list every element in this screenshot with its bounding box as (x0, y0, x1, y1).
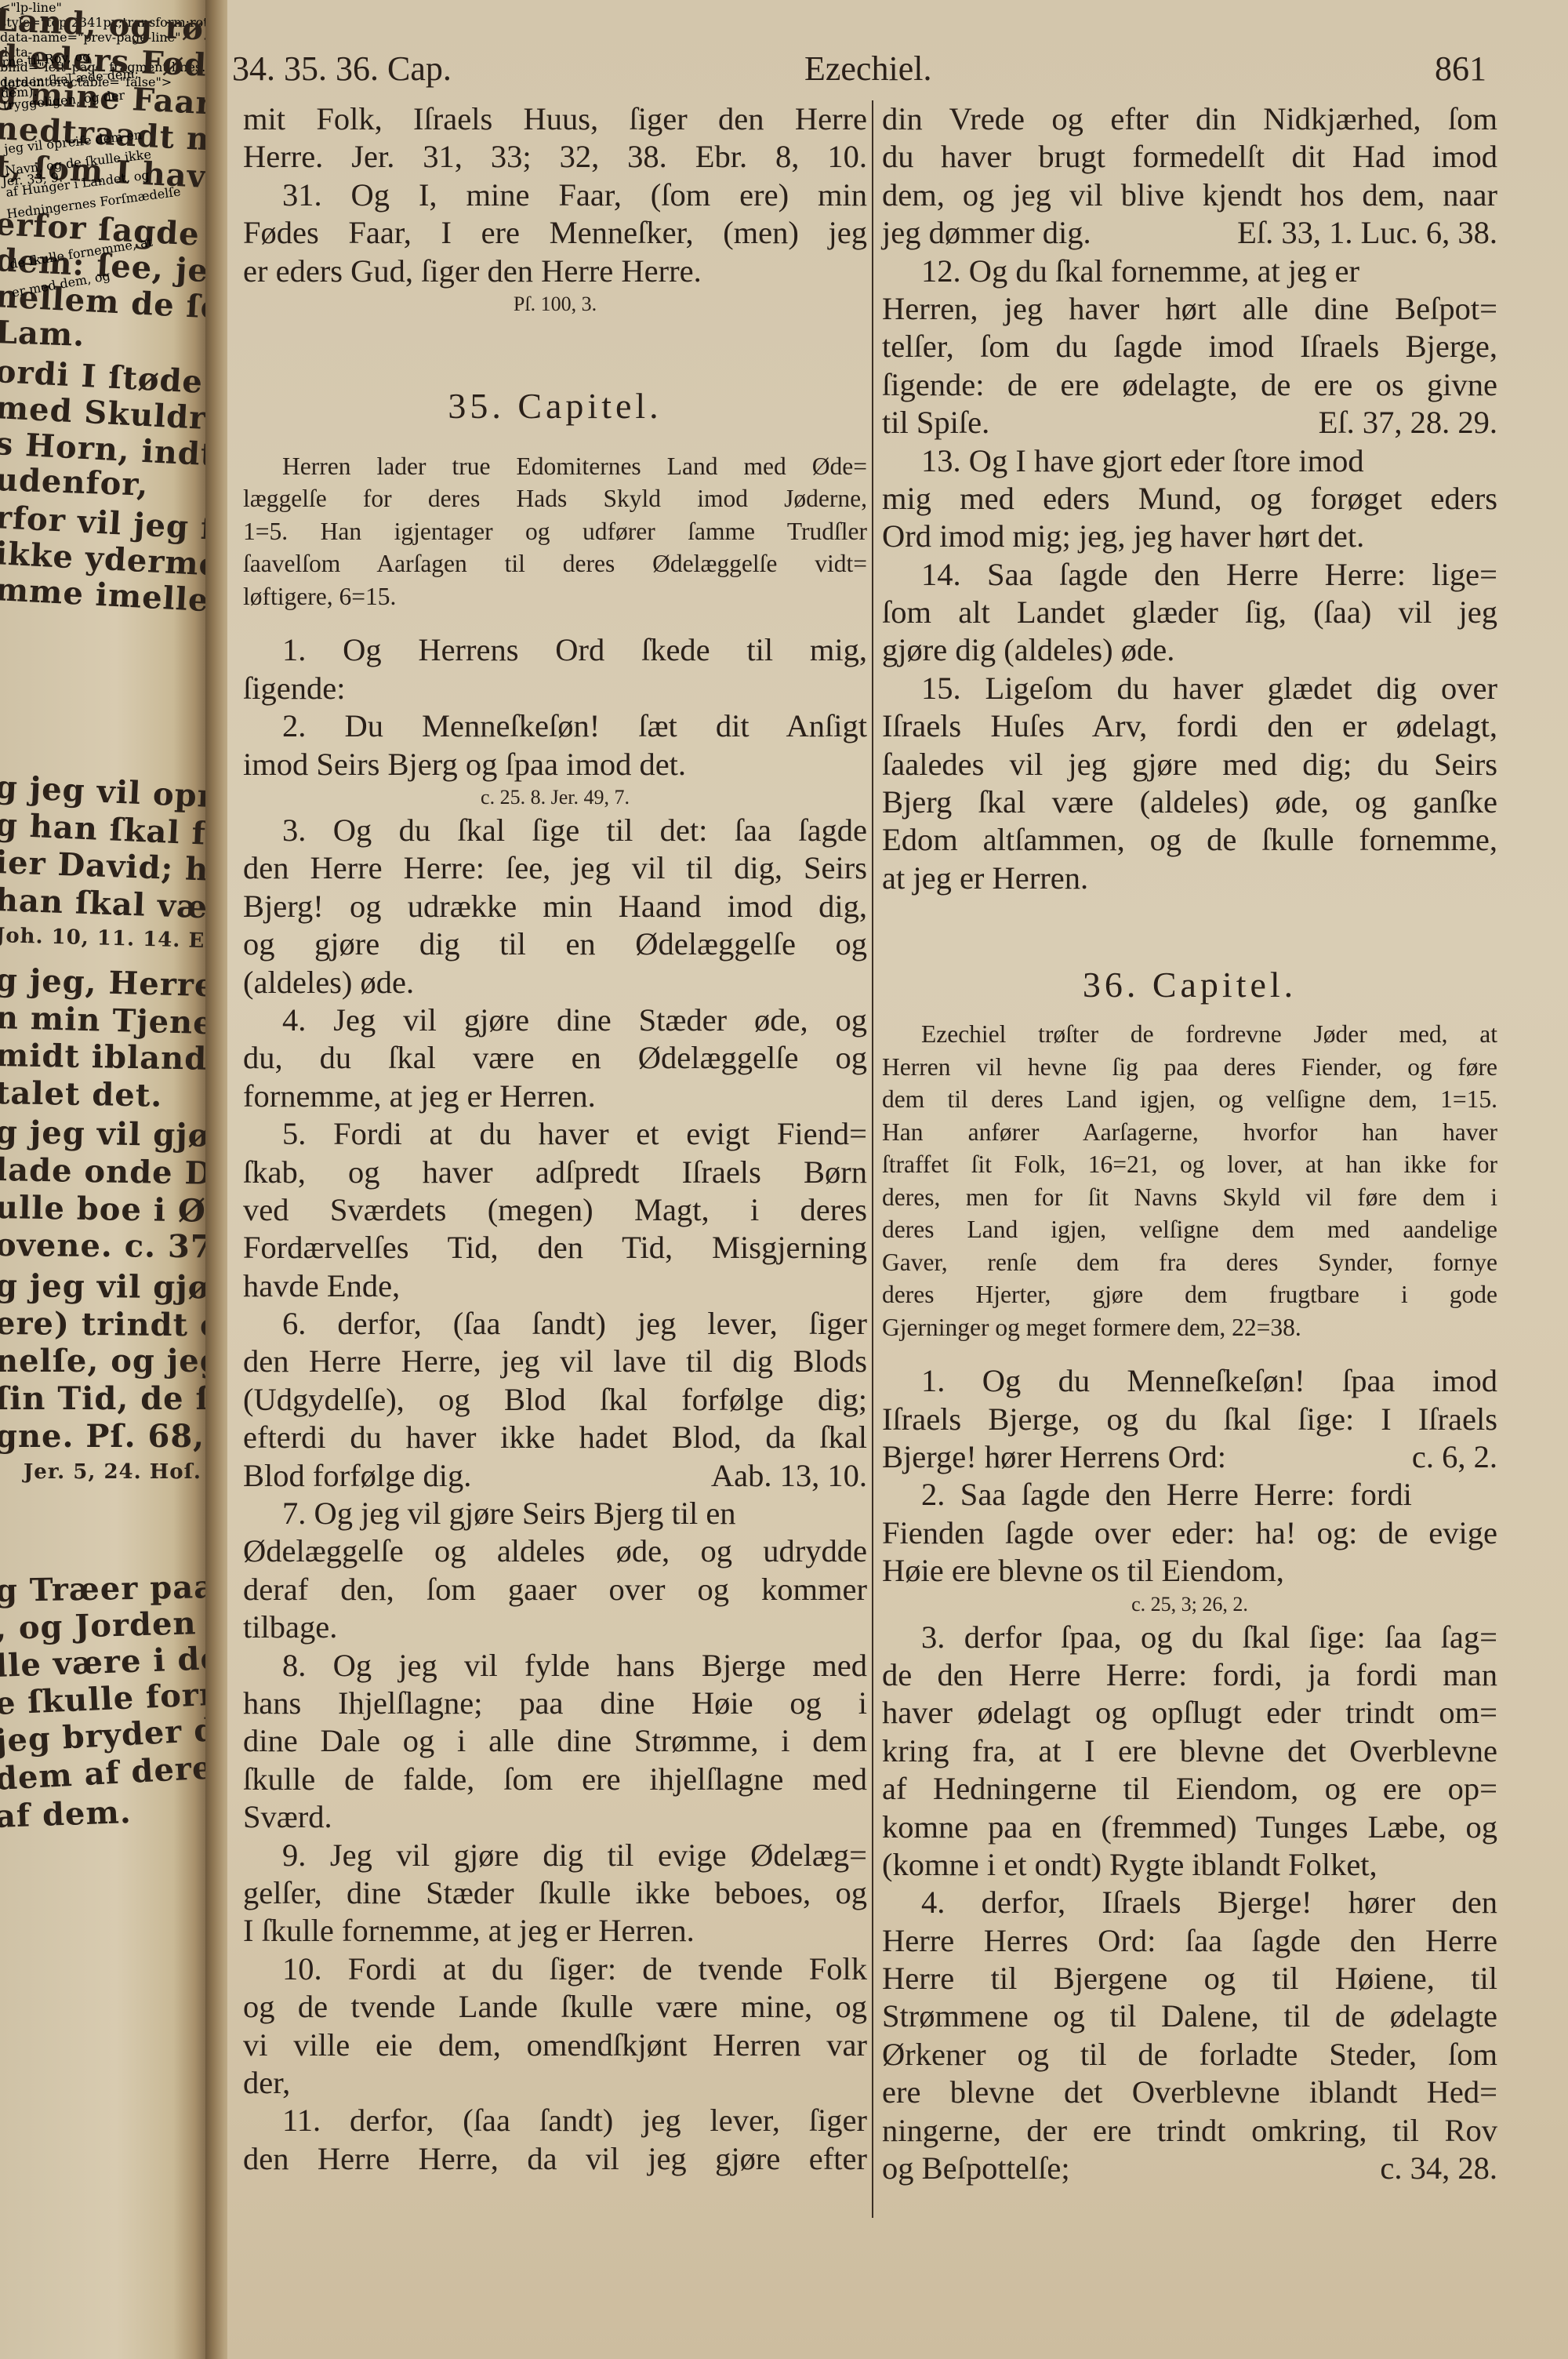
verse-line: Fødes Faar, I ere Menneſker, (men) jeg (243, 214, 867, 252)
verse-4: 4. derfor, Iſraels Bjerge! hører den (882, 1884, 1497, 1921)
verse-line: den Herre Herre, da vil jeg gjøre efter (243, 2140, 867, 2178)
verse-line: er eders Gud, ſiger den Herre Herre. (243, 253, 867, 290)
summary-line: deres Hjerter, gjøre dem frugtbare i god… (882, 1278, 1497, 1311)
chapter-36-heading: 36. Capitel. (882, 960, 1497, 1010)
verse-4: 4. Jeg vil gjøre dine Stæder øde, og (243, 1001, 867, 1039)
cross-reference: c. 25, 3; 26, 2. (882, 1590, 1497, 1619)
verse-line: Bjerge! hører Herrens Ord:c. 6, 2. (882, 1438, 1497, 1476)
verse-7: 7. Og jeg vil gjøre Seirs Bjerg til en (243, 1495, 867, 1532)
prev-page-line: ſin Tid, de ſkulle være (0, 1380, 212, 1417)
verse-line: Strømmene og til Dalene, til de ødelagte (882, 1997, 1497, 2035)
verse-line: imod Seirs Bjerg og ſpaa imod det. (243, 746, 867, 783)
chapter-36-summary: Ezechiel trøſter de fordrevne Jøder med,… (882, 1018, 1497, 1343)
verse-line: kring fra, at I ere blevne det Overblevn… (882, 1732, 1497, 1770)
verse-line: og de tvende Lande ſkulle være mine, og (243, 1988, 867, 2026)
previous-page-fragment: Land, og rørt det, d eders Fødder. g min… (0, 0, 212, 2359)
verse-line: ningerne, der ere trindt omkring, til Ro… (882, 2112, 1497, 2150)
verse-line: Herre til Bjergene og til Høiene, til (882, 1960, 1497, 1997)
summary-line: deres Land igjen, velſigne dem med aande… (882, 1213, 1497, 1246)
verse-line: ſigende: de ere ødelagte, de ere os givn… (882, 366, 1497, 404)
verse-line: I ſkulle fornemme, at jeg er Herren. (243, 1912, 867, 1950)
summary-line: Gjerninger og meget formere dem, 22=38. (882, 1311, 1497, 1344)
verse-12: 12. Og du ſkal fornemme, at jeg er (882, 253, 1497, 290)
prev-page-line: g Træer paa Marken (0, 1566, 212, 1609)
prev-page-crossref: Jer. 5, 24. Hoſ. 6, 3. (24, 1460, 212, 1484)
verse-line: fornemme, at jeg er Herren. (243, 1078, 867, 1115)
verse-line: komne paa en (fremmed) Tunges Læbe, og (882, 1808, 1497, 1846)
verse-line: Fordærvelſes Tid, den Tid, Misgjerning (243, 1229, 867, 1267)
verse-line: den Herre Herre, jeg vil lave til dig Bl… (243, 1343, 867, 1380)
page-number: 861 (1435, 49, 1486, 89)
prev-page-line: af dem. (0, 1794, 132, 1835)
verse-text: Bjerge! hører Herrens Ord: (882, 1439, 1226, 1474)
summary-line: deres, men for ſit Navns Skyld vil føre … (882, 1181, 1497, 1214)
verse-line: Sværd. (243, 1798, 867, 1836)
verse-line: Iſraels Bjerge, og du ſkal ſige: I Iſrae… (882, 1401, 1497, 1438)
verse-line: Edom altſammen, og de ſkulle fornemme, (882, 821, 1497, 859)
summary-line: dem til deres Land igjen, og velſigne de… (882, 1083, 1497, 1116)
verse-line: dine Dale og i alle dine Strømme, i dem (243, 1722, 867, 1760)
verse-6: 6. derfor, (ſaa ſandt) jeg lever, ſiger (243, 1305, 867, 1343)
verse-line: Iſraels Huſes Arv, fordi den er ødelagt, (882, 707, 1497, 745)
summary-line: Herren vil hevne ſig paa deres Fiender, … (882, 1051, 1497, 1084)
verse-line: ved Sværdets (megen) Magt, i deres (243, 1191, 867, 1229)
page-861: 34. 35. 36. Cap. Ezechiel. 861 mit Folk,… (227, 0, 1568, 2359)
verse-line: (Udgydelſe), og Blod ſkal forfølge dig; (243, 1381, 867, 1419)
verse-2: 2. Du Menneſkeſøn! ſæt dit Anſigt (243, 707, 867, 745)
verse-line: der, (243, 2064, 867, 2102)
verse-line: ſigende: (243, 670, 867, 707)
verse-line: mit Folk, Iſraels Huus, ſiger den Herre (243, 100, 867, 138)
verse-line: efterdi du haver ikke hadet Blod, da ſka… (243, 1419, 867, 1456)
verse-13: 13. Og I have gjort eder ſtore imod (882, 442, 1497, 480)
prev-page-crossref: Joh. 10, 11. 14. Ezech. 37, 24. (0, 924, 212, 957)
prev-page-line: ovene. c. 37, 26. (0, 1227, 212, 1266)
verse-line: og gjøre dig til en Ødelæggelſe og (243, 925, 867, 963)
chapter-range: 34. 35. 36. Cap. (232, 49, 452, 89)
verse-line: Herren, jeg haver hørt alle dine Beſpot= (882, 290, 1497, 328)
verse-text: Blod forfølge dig. (243, 1458, 471, 1493)
summary-line: Herren lader true Edomiternes Land med Ø… (243, 450, 867, 483)
summary-line: læggelſe for deres Hads Skyld imod Jøder… (243, 482, 867, 515)
summary-line: Gaver, renſe dem fra deres Synder, forny… (882, 1246, 1497, 1279)
verse-line: Bjerg! og udrække min Haand imod dig, (243, 888, 867, 925)
summary-line: løftigere, 6=15. (243, 580, 867, 613)
verse-11: 11. derfor, (ſaa ſandt) jeg lever, ſiger (243, 2102, 867, 2139)
verse-line: hans Ihjelſlagne; paa dine Høie og i (243, 1685, 867, 1722)
verse-line: og Beſpottelſe;c. 34, 28. (882, 2150, 1497, 2187)
verse-31: 31. Og I, mine Faar, (ſom ere) min (243, 176, 867, 214)
cross-reference: c. 6, 2. (1412, 1438, 1497, 1476)
verse-line: (komne i et ondt) Rygte iblandt Folket, (882, 1846, 1497, 1884)
verse-line: du haver brugt formedelſt dit Had imod (882, 138, 1497, 176)
verse-line: din Vrede og efter din Nidkjærhed, ſom (882, 100, 1497, 138)
prev-page-line: gne. Pſ. 68, 10. (0, 1418, 212, 1455)
prev-page-line: midt iblandt dem; jeg (0, 1037, 212, 1081)
running-head: 34. 35. 36. Cap. Ezechiel. 861 (232, 49, 1486, 96)
verse-line: haver ødelagt og opſlugt eder trindt om= (882, 1694, 1497, 1732)
summary-line: 1=5. Han igjentager og udfører ſamme Tru… (243, 515, 867, 548)
prev-page-line: nelſe, og jeg vil lade (0, 1343, 212, 1379)
verse-line: at jeg er Herren. (882, 860, 1497, 897)
cross-reference: Pſ. 100, 3. (243, 290, 867, 318)
column-rule (872, 100, 873, 2218)
verse-line: (aldeles) øde. (243, 964, 867, 1001)
summary-line: Han anfører Aarſagerne, hvorfor han have… (882, 1116, 1497, 1149)
verse-line: ſkulle de falde, ſom ere ihjelſlagne med (243, 1761, 867, 1798)
verse-line: ſkab, og haver adſpredt Iſraels Børn (243, 1154, 867, 1191)
book-title: Ezechiel. (804, 49, 931, 89)
verse-9: 9. Jeg vil gjøre dig til evige Ødelæg= (243, 1837, 867, 1874)
verse-15: 15. Ligeſom du haver glædet dig over (882, 670, 1497, 707)
verse-3: 3. derfor ſpaa, og du ſkal ſige: ſaa ſag… (882, 1619, 1497, 1656)
cross-reference: Eſ. 37, 28. 29. (1319, 404, 1497, 442)
cross-reference: c. 25. 8. Jer. 49, 7. (243, 783, 867, 812)
summary-line: ſaavelſom Aarſagen til deres Ødelæggelſe… (243, 547, 867, 580)
verse-line: deraf den, ſom gaaer over og kommer (243, 1571, 867, 1608)
verse-line: ere blevne det Overblevne iblandt Hed= (882, 2074, 1497, 2111)
verse-line: havde Ende, (243, 1267, 867, 1305)
verse-line: til Spiſe.Eſ. 37, 28. 29. (882, 404, 1497, 442)
verse-line: ſom alt Landet glæder ſig, (ſaa) vil jeg (882, 594, 1497, 631)
verse-line: Høie ere blevne os til Eiendom, (882, 1552, 1497, 1590)
verse-text: til Spiſe. (882, 405, 989, 440)
summary-line: Ezechiel trøſter de fordrevne Jøder med,… (882, 1018, 1497, 1051)
prev-page-line: Lam. (0, 314, 85, 354)
right-column: din Vrede og efter din Nidkjærhed, ſom d… (882, 100, 1497, 2187)
verse-10: 10. Fordi at du ſiger: de tvende Folk (243, 1950, 867, 1988)
left-column: mit Folk, Iſraels Huus, ſiger den Herre … (243, 100, 867, 2178)
verse-line: du, du ſkal være en Ødelæggelſe og (243, 1039, 867, 1077)
verse-line: tilbage. (243, 1608, 867, 1646)
chapter-35-heading: 35. Capitel. (243, 381, 867, 431)
verse-8: 8. Og jeg vil fylde hans Bjerge med (243, 1647, 867, 1685)
verse-line: de den Herre Herre: fordi, ja fordi man (882, 1656, 1497, 1694)
verse-line: Herre. Jer. 31, 33; 32, 38. Ebr. 8, 10. (243, 138, 867, 176)
verse-1: 1. Og du Menneſkeſøn! ſpaa imod (882, 1362, 1497, 1400)
verse-line: Ødelæggelſe og aldeles øde, og udrydde (243, 1532, 867, 1570)
verse-line: gjøre dig (aldeles) øde. (882, 631, 1497, 669)
prev-page-line: udenfor, (0, 461, 149, 503)
verse-5: 5. Fordi at du haver et evigt Fiend= (243, 1115, 867, 1153)
verse-line: Herre Herres Ord: ſaa ſagde den Herre (882, 1922, 1497, 1960)
cross-reference: Eſ. 33, 1. Luc. 6, 38. (1237, 214, 1497, 252)
summary-line: ſtraffet ſit Folk, 16=21, og lover, at h… (882, 1148, 1497, 1181)
verse-line: den Herre Herre: ſee, jeg vil til dig, S… (243, 849, 867, 887)
prev-page-line: ere) trindt omkring min (0, 1305, 212, 1346)
verse-line: mig med eders Mund, og forøget eders (882, 480, 1497, 518)
verse-text: jeg dømmer dig. (882, 215, 1091, 250)
verse-line: Blod forfølge dig.Aab. 13, 10. (243, 1457, 867, 1495)
verse-3: 3. Og du ſkal ſige til det: ſaa ſagde (243, 812, 867, 849)
verse-line: Fienden ſagde over eder: ha! og: de evig… (882, 1514, 1497, 1552)
cross-reference: Aab. 13, 10. (711, 1457, 867, 1495)
verse-line: ſaaledes vil jeg gjøre med dig; du Seirs (882, 746, 1497, 783)
verse-line: dem, og jeg vil blive kjendt hos dem, na… (882, 176, 1497, 214)
verse-line: Ørkener og til de forladte Steder, ſom (882, 2036, 1497, 2074)
verse-2: 2. Saa ſagde den Herre Herre: fordi (882, 1476, 1497, 1514)
verse-line: jeg dømmer dig.Eſ. 33, 1. Luc. 6, 38. (882, 214, 1497, 252)
cross-reference: c. 34, 28. (1380, 2150, 1497, 2187)
verse-line: vi ville eie dem, omendſkjønt Herren var (243, 2026, 867, 2064)
prev-page-line: g jeg vil gjøre dem og (0, 1267, 212, 1307)
chapter-35-summary: Herren lader true Edomiternes Land med Ø… (243, 450, 867, 613)
verse-14: 14. Saa ſagde den Herre Herre: lige= (882, 556, 1497, 594)
verse-line: Ord imod mig; jeg, jeg haver hørt det. (882, 518, 1497, 555)
verse-text: og Beſpottelſe; (882, 2150, 1070, 2186)
verse-line: af Hedningerne til Eiendom, og ere op= (882, 1770, 1497, 1808)
verse-line: gelſer, dine Stæder ſkulle ikke beboes, … (243, 1874, 867, 1912)
verse-line: telſer, ſom du ſagde imod Iſraels Bjerge… (882, 328, 1497, 365)
verse-line: Bjerg ſkal være (aldeles) øde, og ganſke (882, 783, 1497, 821)
verse-1: 1. Og Herrens Ord ſkede til mig, (243, 631, 867, 669)
prev-page-line: talet det. (0, 1074, 163, 1114)
